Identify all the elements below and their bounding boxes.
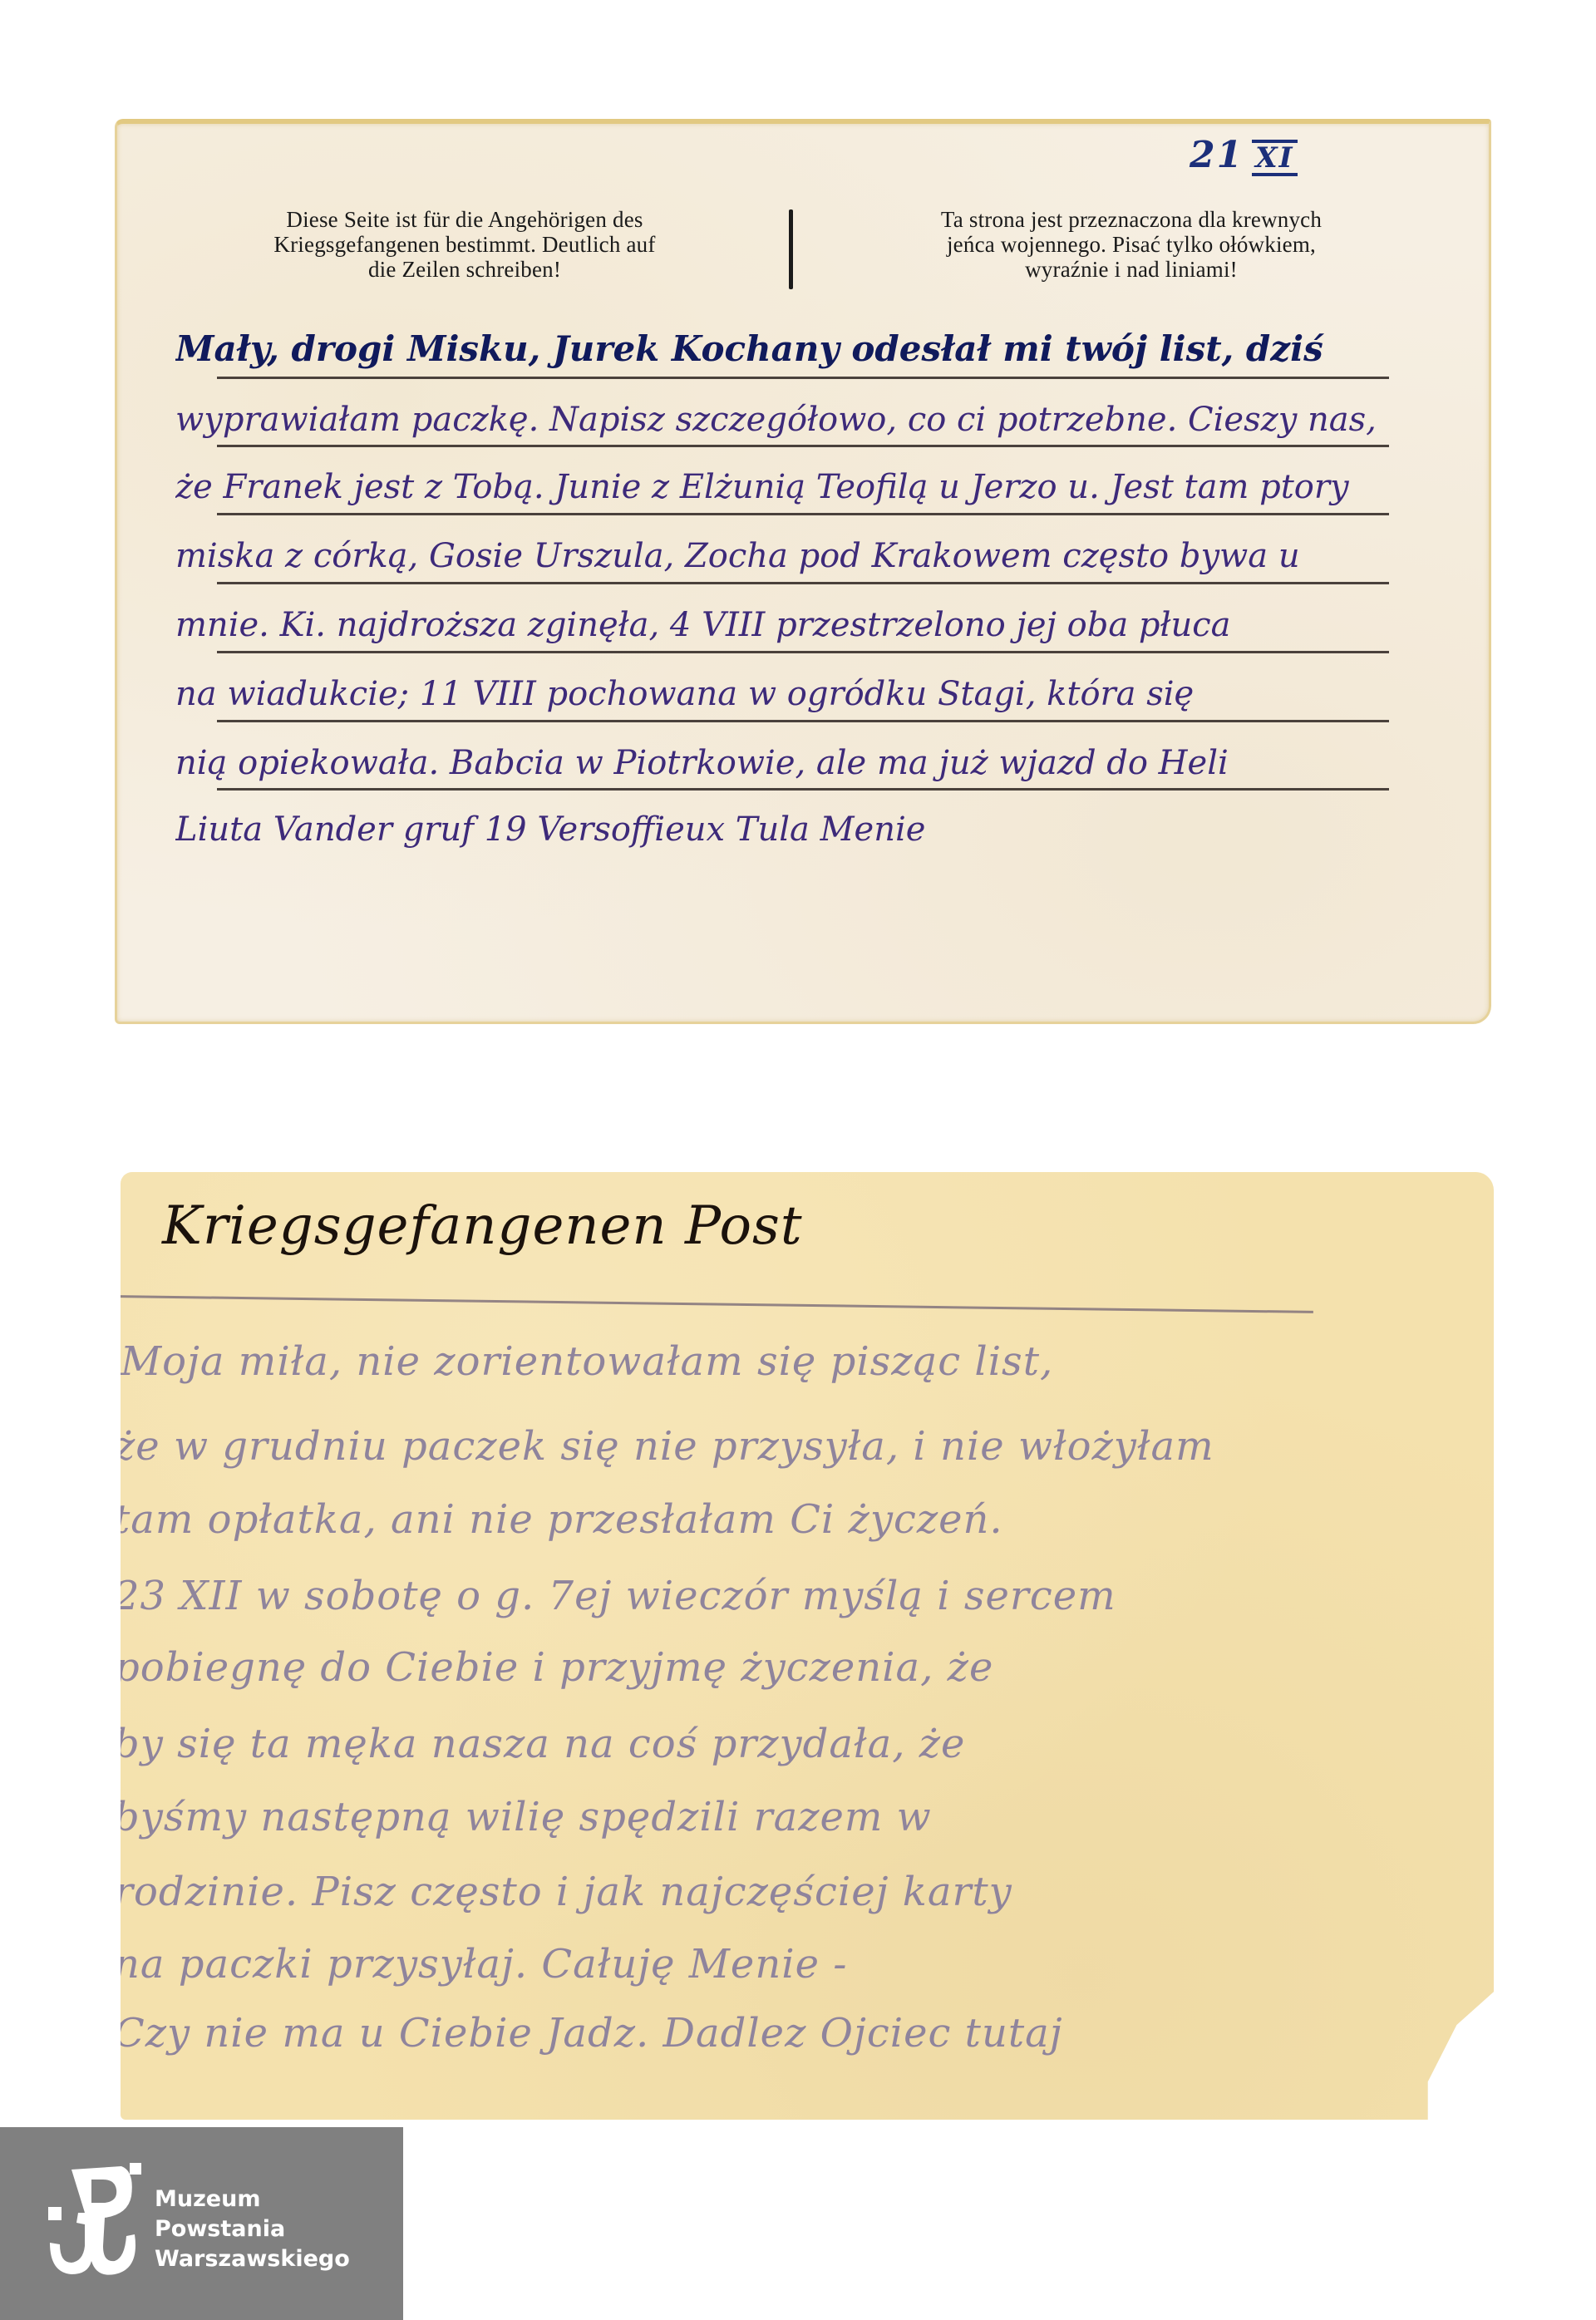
kotwica-anchor-icon [48,2163,148,2279]
logo-line: Muzeum [155,2185,350,2214]
ruled-line [217,582,1389,584]
pencil-line: tam opłatka, ani nie przesłałam Ci życze… [114,1496,1444,1543]
museum-logo: Muzeum Powstania Warszawskiego [0,2127,403,2320]
pencil-line: pobiegnę do Ciebie i przyjmę życzenia, ż… [114,1644,1444,1691]
postcard-back: Kriegsgefangenen Post Moja miła, nie zor… [121,1172,1494,2120]
ruled-line [217,513,1389,515]
notice-pl-line: jeńca wojennego. Pisać tylko ołówkiem, [840,232,1422,257]
notice-de-line: Diese Seite ist für die Angehörigen des [174,207,756,232]
pencil-line: na paczki przysyłaj. Całuję Menie - [114,1941,1444,1988]
date-month: XI [1252,140,1297,176]
pencil-line: 23 XII w sobotę o g. 7ej wieczór myślą i… [114,1573,1444,1619]
handwritten-line: że Franek jest z Tobą. Junie z Elżunią T… [175,468,1406,506]
logo-line: Warszawskiego [155,2244,350,2274]
handwritten-line: miska z córką, Gosie Urszula, Zocha pod … [175,537,1406,575]
handwritten-line: mnie. Ki. najdroższa zginęła, 4 VIII prz… [175,606,1406,644]
museum-name: Muzeum Powstania Warszawskiego [155,2185,350,2274]
handwritten-line: na wiadukcie; 11 VIII pochowana w ogródk… [175,675,1406,713]
handwritten-line: Liuta Vander gruf 19 Versoffieux Tula Me… [175,810,1406,849]
pencil-line: Czy nie ma u Ciebie Jadz. Dadlez Ojciec … [114,2010,1444,2056]
ruled-line [217,651,1389,653]
pencil-line: rodzinie. Pisz często i jak najczęściej … [114,1869,1444,1915]
postcard-front: 21XI Diese Seite ist für die Angehörigen… [115,119,1491,1024]
vertical-divider [789,209,793,289]
ruled-line [217,788,1389,791]
date-annotation: 21XI [1190,134,1298,176]
pencil-line: byśmy następną wilię spędzili razem w [114,1794,1444,1840]
handwritten-line: wyprawiałam paczkę. Napisz szczegółowo, … [175,401,1406,439]
logo-line: Powstania [155,2214,350,2244]
pencil-line: Moja miła, nie zorientowałam się pisząc … [121,1338,1451,1385]
date-day: 21 [1190,134,1244,176]
pencil-line: że w grudniu paczek się nie przysyła, i … [114,1423,1444,1470]
card-title: Kriegsgefangenen Post [162,1195,803,1257]
ruled-line [217,377,1389,379]
notice-de-line: die Zeilen schreiben! [174,257,756,282]
notice-pl-line: wyraźnie i nad liniami! [840,257,1422,282]
printed-notice-polish: Ta strona jest przeznaczona dla krewnych… [840,207,1422,282]
handwritten-line: nią opiekowała. Babcia w Piotrkowie, ale… [175,744,1406,782]
pencil-line: by się ta męka nasza na coś przydała, że [114,1721,1444,1767]
ruled-line [217,445,1389,447]
handwritten-line: Mały, drogi Misku, Jurek Kochany odesłał… [175,328,1406,369]
printed-notice-german: Diese Seite ist für die Angehörigen des … [174,207,756,282]
notice-pl-line: Ta strona jest przeznaczona dla krewnych [840,207,1422,232]
notice-de-line: Kriegsgefangenen bestimmt. Deutlich auf [174,232,756,257]
title-underline [112,1295,1313,1313]
ruled-line [217,720,1389,722]
